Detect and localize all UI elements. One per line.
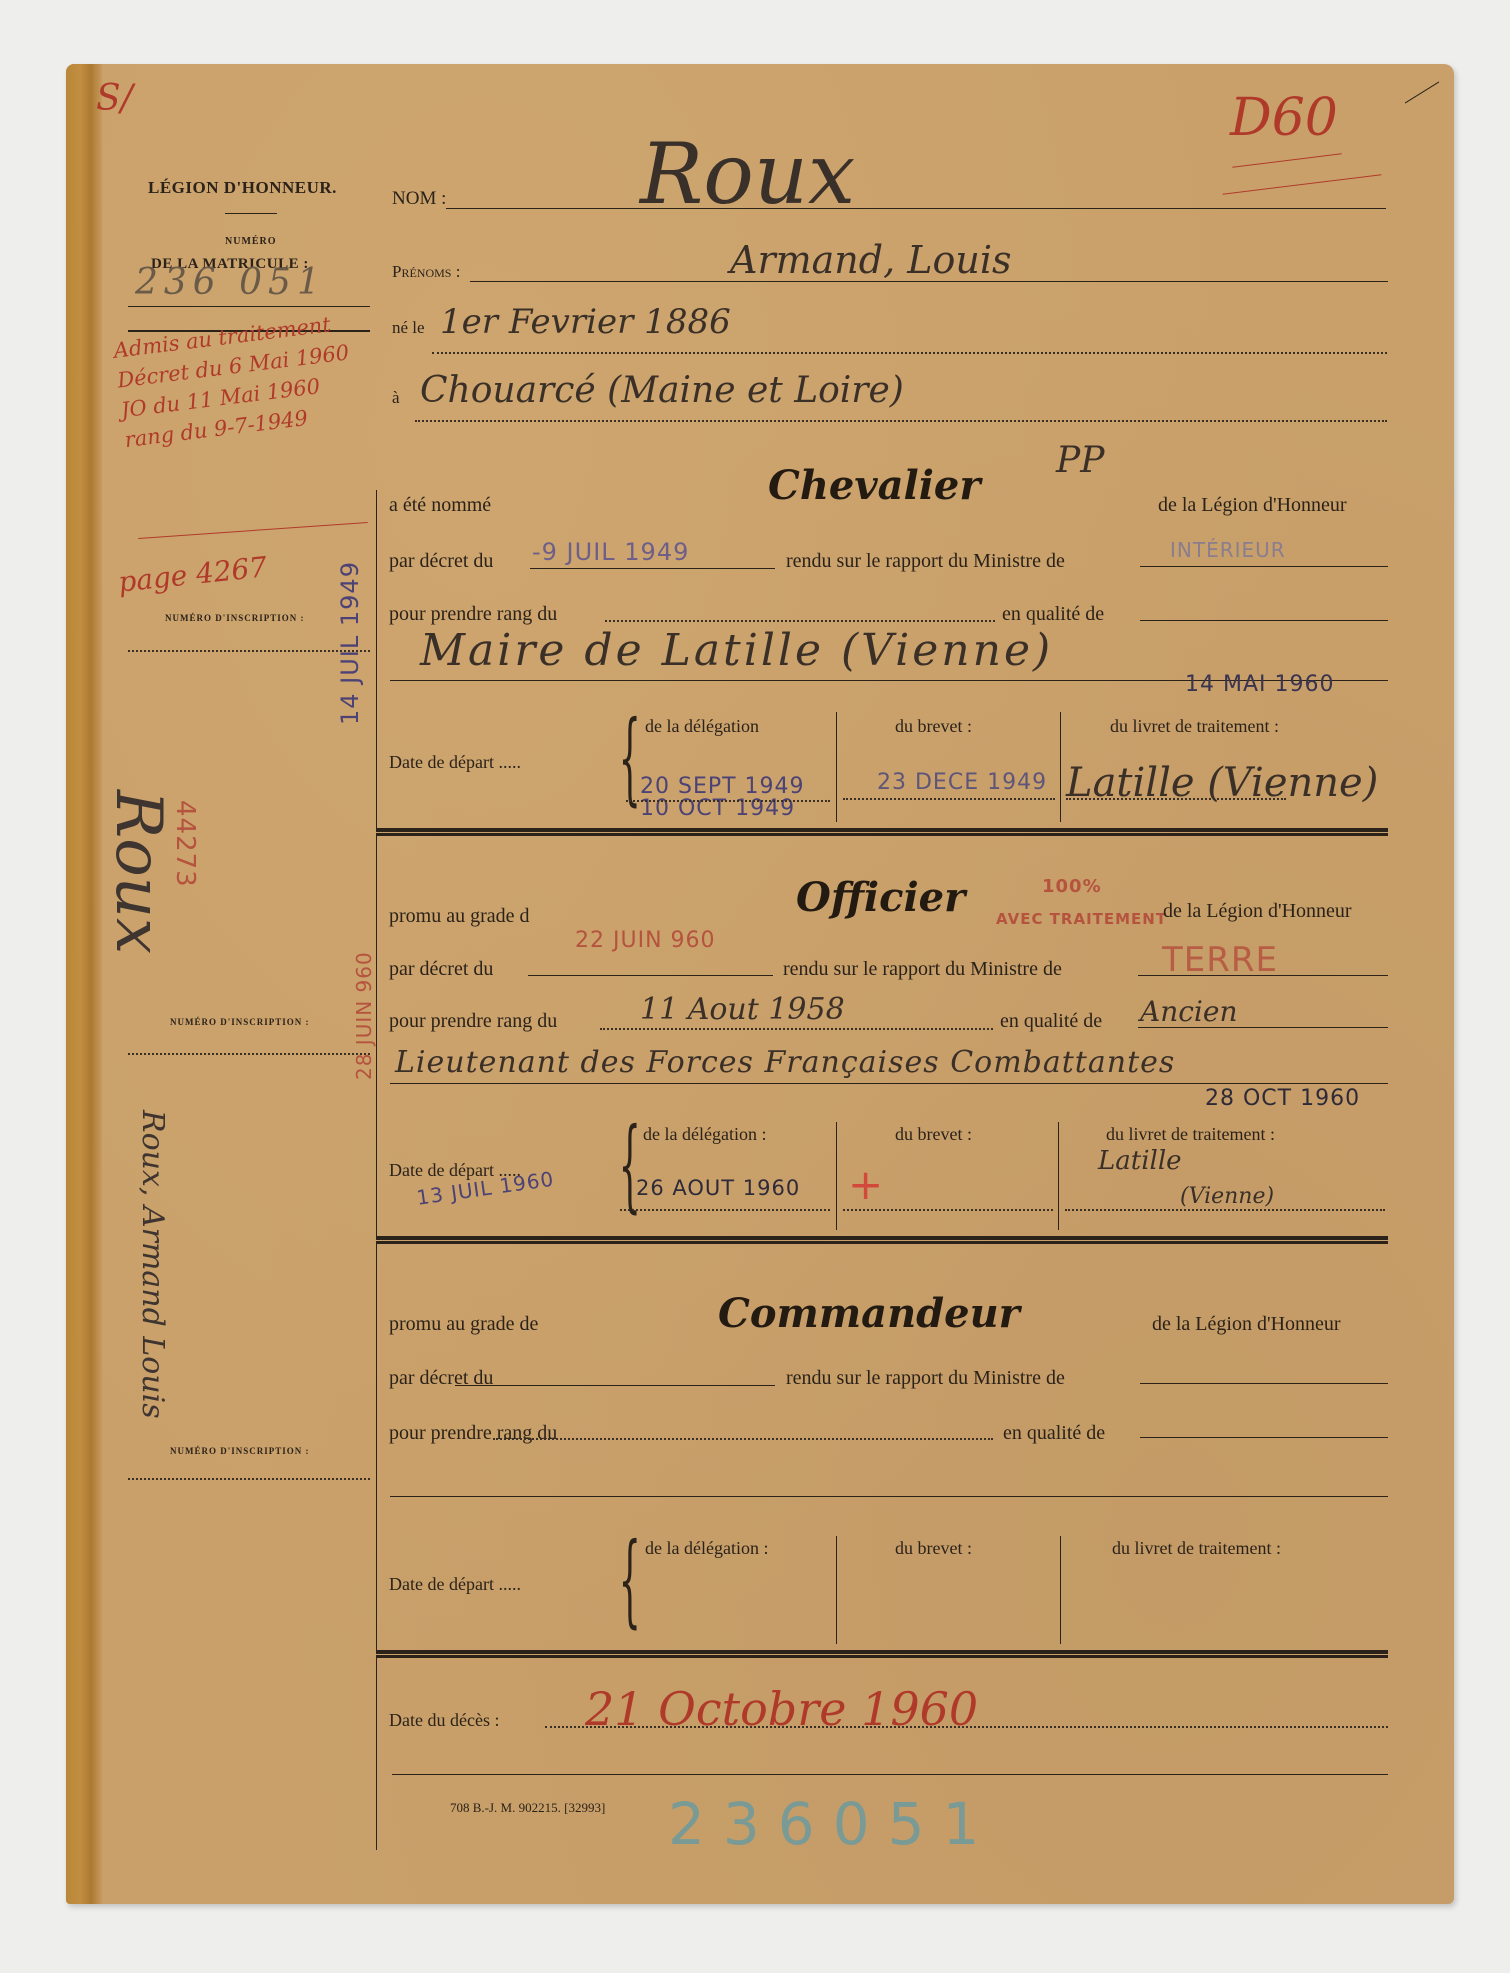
commandeur-depart-label: Date de départ ..... bbox=[389, 1574, 521, 1595]
chevalier-decret-rule bbox=[530, 568, 775, 569]
print-reference: 708 B.-J. M. 902215. [32993] bbox=[450, 1800, 605, 1816]
officier-brevet-rule bbox=[843, 1209, 1053, 1211]
commandeur-rang-rule bbox=[493, 1438, 993, 1440]
section-divider-3 bbox=[376, 1650, 1388, 1655]
a-rule bbox=[415, 420, 1387, 422]
officier-stamp-28-oct: 28 OCT 1960 bbox=[1205, 1086, 1360, 1111]
commandeur-delegation-label: de la délégation : bbox=[645, 1538, 768, 1559]
prenoms-value: Armand, Louis bbox=[730, 238, 1012, 282]
officier-ministre-value: TERRE bbox=[1162, 940, 1278, 980]
inscription-label-3: NUMÉRO D'INSCRIPTION : bbox=[170, 1446, 310, 1456]
chevalier-rang-label: pour prendre rang du bbox=[389, 603, 557, 626]
chevalier-brace: { bbox=[619, 708, 641, 808]
header-legion: LÉGION D'HONNEUR. bbox=[148, 178, 337, 198]
chevalier-decret-label: par décret du bbox=[389, 550, 493, 573]
officier-rang-value: 11 Aout 1958 bbox=[640, 992, 845, 1027]
a-value: Chouarcé (Maine et Loire) bbox=[420, 370, 904, 411]
chevalier-qualite-label: en qualité de bbox=[1002, 603, 1104, 626]
prenoms-rule bbox=[470, 281, 1388, 282]
commandeur-qualite-rule bbox=[1140, 1437, 1388, 1438]
stamp-avec-traitement: AVEC TRAITEMENT bbox=[996, 910, 1167, 928]
officier-ministre-rule bbox=[1138, 975, 1388, 976]
officier-decret-rule bbox=[528, 975, 773, 976]
officier-col-divider-2 bbox=[1058, 1122, 1059, 1230]
officier-ministre-label: rendu sur le rapport du Ministre de bbox=[783, 958, 1062, 981]
inscription-rule-3 bbox=[128, 1478, 370, 1480]
header-rule bbox=[225, 213, 277, 214]
chevalier-rang-rule bbox=[605, 620, 995, 622]
grade-commandeur: Commandeur bbox=[718, 1290, 1020, 1337]
commandeur-intro: promu au grade de bbox=[389, 1313, 538, 1336]
chevalier-qualite-line2: Maire de Latille (Vienne) bbox=[420, 625, 1053, 676]
chevalier-suffix: de la Légion d'Honneur bbox=[1158, 494, 1347, 517]
matricule-rule bbox=[128, 306, 370, 307]
nom-label: NOM : bbox=[392, 188, 446, 210]
officier-qualite-label: en qualité de bbox=[1000, 1010, 1102, 1033]
officier-brevet-label: du brevet : bbox=[895, 1124, 972, 1145]
chevalier-qualite-rule bbox=[1140, 620, 1388, 621]
stamp-100-percent: 100% bbox=[1042, 876, 1102, 897]
officier-rang-label: pour prendre rang du bbox=[389, 1010, 557, 1033]
chevalier-delegation-label: de la délégation bbox=[645, 716, 759, 737]
ne-le-value: 1er Fevrier 1886 bbox=[440, 302, 731, 342]
commandeur-ministre-label: rendu sur le rapport du Ministre de bbox=[786, 1367, 1065, 1390]
commandeur-rang-label: pour prendre rang du bbox=[389, 1422, 557, 1445]
chevalier-col-divider-1 bbox=[836, 712, 837, 822]
nom-rule bbox=[446, 208, 1386, 209]
binding-spine bbox=[66, 64, 102, 1904]
prenoms-label: Prénoms : bbox=[392, 262, 460, 282]
officier-brace: { bbox=[619, 1115, 641, 1215]
commandeur-qualite-line2-rule bbox=[390, 1496, 1388, 1497]
officier-livret-value: Latille bbox=[1098, 1146, 1182, 1176]
officier-decret-stamp: 22 JUIN 960 bbox=[575, 928, 716, 953]
inscription-rule-2 bbox=[128, 1053, 370, 1055]
chevalier-stamp-14-mai: 14 MAI 1960 bbox=[1185, 672, 1335, 697]
commandeur-col-divider-2 bbox=[1060, 1536, 1061, 1644]
stamp-14-juil-1949: 14 JUIL 1949 bbox=[336, 561, 364, 725]
inscription-label-1: NUMÉRO D'INSCRIPTION : bbox=[165, 613, 305, 623]
chevalier-livret-label: du livret de traitement : bbox=[1110, 716, 1279, 737]
officier-qualite-line2-rule bbox=[390, 1083, 1388, 1084]
matricule-value: 236 051 bbox=[135, 262, 326, 303]
stamp-28-juin-960: 28 JUIN 960 bbox=[352, 951, 376, 1080]
section-divider-1 bbox=[376, 828, 1388, 833]
officier-livret-label: du livret de traitement : bbox=[1106, 1124, 1275, 1145]
ne-le-rule bbox=[432, 352, 1387, 354]
officier-delegation-rule bbox=[620, 1209, 830, 1211]
commandeur-brevet-label: du brevet : bbox=[895, 1538, 972, 1559]
officier-livret-rule bbox=[1065, 1209, 1385, 1211]
grade-chevalier: Chevalier bbox=[768, 462, 980, 509]
officier-qualite-rule bbox=[1138, 1027, 1388, 1028]
officier-col-divider-1 bbox=[836, 1122, 837, 1230]
chevalier-ministre-value: INTÉRIEUR bbox=[1170, 538, 1286, 562]
chevalier-delegation-rule bbox=[626, 800, 830, 802]
chevalier-brevet-value: 23 DECE 1949 bbox=[877, 770, 1047, 795]
officier-qualite-value: Ancien bbox=[1140, 995, 1238, 1028]
officier-rang-rule bbox=[600, 1028, 993, 1030]
commandeur-ministre-rule bbox=[1140, 1383, 1388, 1384]
grade-officier: Officier bbox=[796, 874, 965, 921]
top-left-mark: S/ bbox=[96, 78, 133, 119]
commandeur-decret-rule bbox=[455, 1385, 775, 1386]
deces-rule bbox=[545, 1726, 1388, 1728]
commandeur-brace: { bbox=[619, 1530, 641, 1630]
commandeur-livret-label: du livret de traitement : bbox=[1112, 1538, 1281, 1559]
inscription-label-2: NUMÉRO D'INSCRIPTION : bbox=[170, 1017, 310, 1027]
chevalier-depart-label: Date de départ ..... bbox=[389, 752, 521, 773]
pencil-number: 236051 bbox=[668, 1790, 997, 1858]
officier-suffix: de la Légion d'Honneur bbox=[1163, 900, 1352, 923]
officier-intro: promu au grade d bbox=[389, 905, 530, 928]
top-right-mark: D60 bbox=[1230, 88, 1338, 148]
officier-delegation-value: 26 AOUT 1960 bbox=[636, 1176, 800, 1200]
inscription-rule-1 bbox=[128, 650, 370, 652]
numero-label: NUMÉRO bbox=[225, 236, 277, 247]
officier-qualite-line2: Lieutenant des Forces Françaises Combatt… bbox=[395, 1045, 1175, 1080]
officier-brevet-cross: + bbox=[848, 1160, 883, 1209]
chevalier-decret-value: -9 JUIL 1949 bbox=[532, 538, 689, 566]
chevalier-intro: a été nommé bbox=[389, 494, 491, 517]
commandeur-col-divider-1 bbox=[836, 1536, 837, 1644]
chevalier-livret-rule bbox=[1066, 798, 1286, 800]
commandeur-suffix: de la Légion d'Honneur bbox=[1152, 1313, 1341, 1336]
ne-le-label: né le bbox=[392, 318, 425, 338]
margin-divider bbox=[376, 490, 377, 1850]
vertical-full-name: Roux, Armand Louis bbox=[135, 1110, 170, 1419]
officier-decret-label: par décret du bbox=[389, 958, 493, 981]
footer-rule bbox=[392, 1774, 1388, 1775]
chevalier-ministre-rule bbox=[1140, 566, 1388, 567]
commandeur-qualite-label: en qualité de bbox=[1003, 1422, 1105, 1445]
officier-delegation-label: de la délégation : bbox=[643, 1124, 766, 1145]
a-label: à bbox=[392, 388, 400, 408]
vertical-surname: Roux bbox=[101, 790, 175, 954]
chevalier-col-divider-2 bbox=[1060, 712, 1061, 822]
section-divider-2 bbox=[376, 1236, 1388, 1241]
chevalier-annotation: PP bbox=[1056, 440, 1104, 481]
chevalier-brevet-label: du brevet : bbox=[895, 716, 972, 737]
chevalier-brevet-rule bbox=[843, 798, 1055, 800]
officier-livret-value-2: (Vienne) bbox=[1180, 1184, 1274, 1209]
deces-label: Date du décès : bbox=[389, 1710, 499, 1731]
chevalier-ministre-label: rendu sur le rapport du Ministre de bbox=[786, 550, 1065, 573]
commandeur-decret-label: par décret du bbox=[389, 1367, 493, 1390]
